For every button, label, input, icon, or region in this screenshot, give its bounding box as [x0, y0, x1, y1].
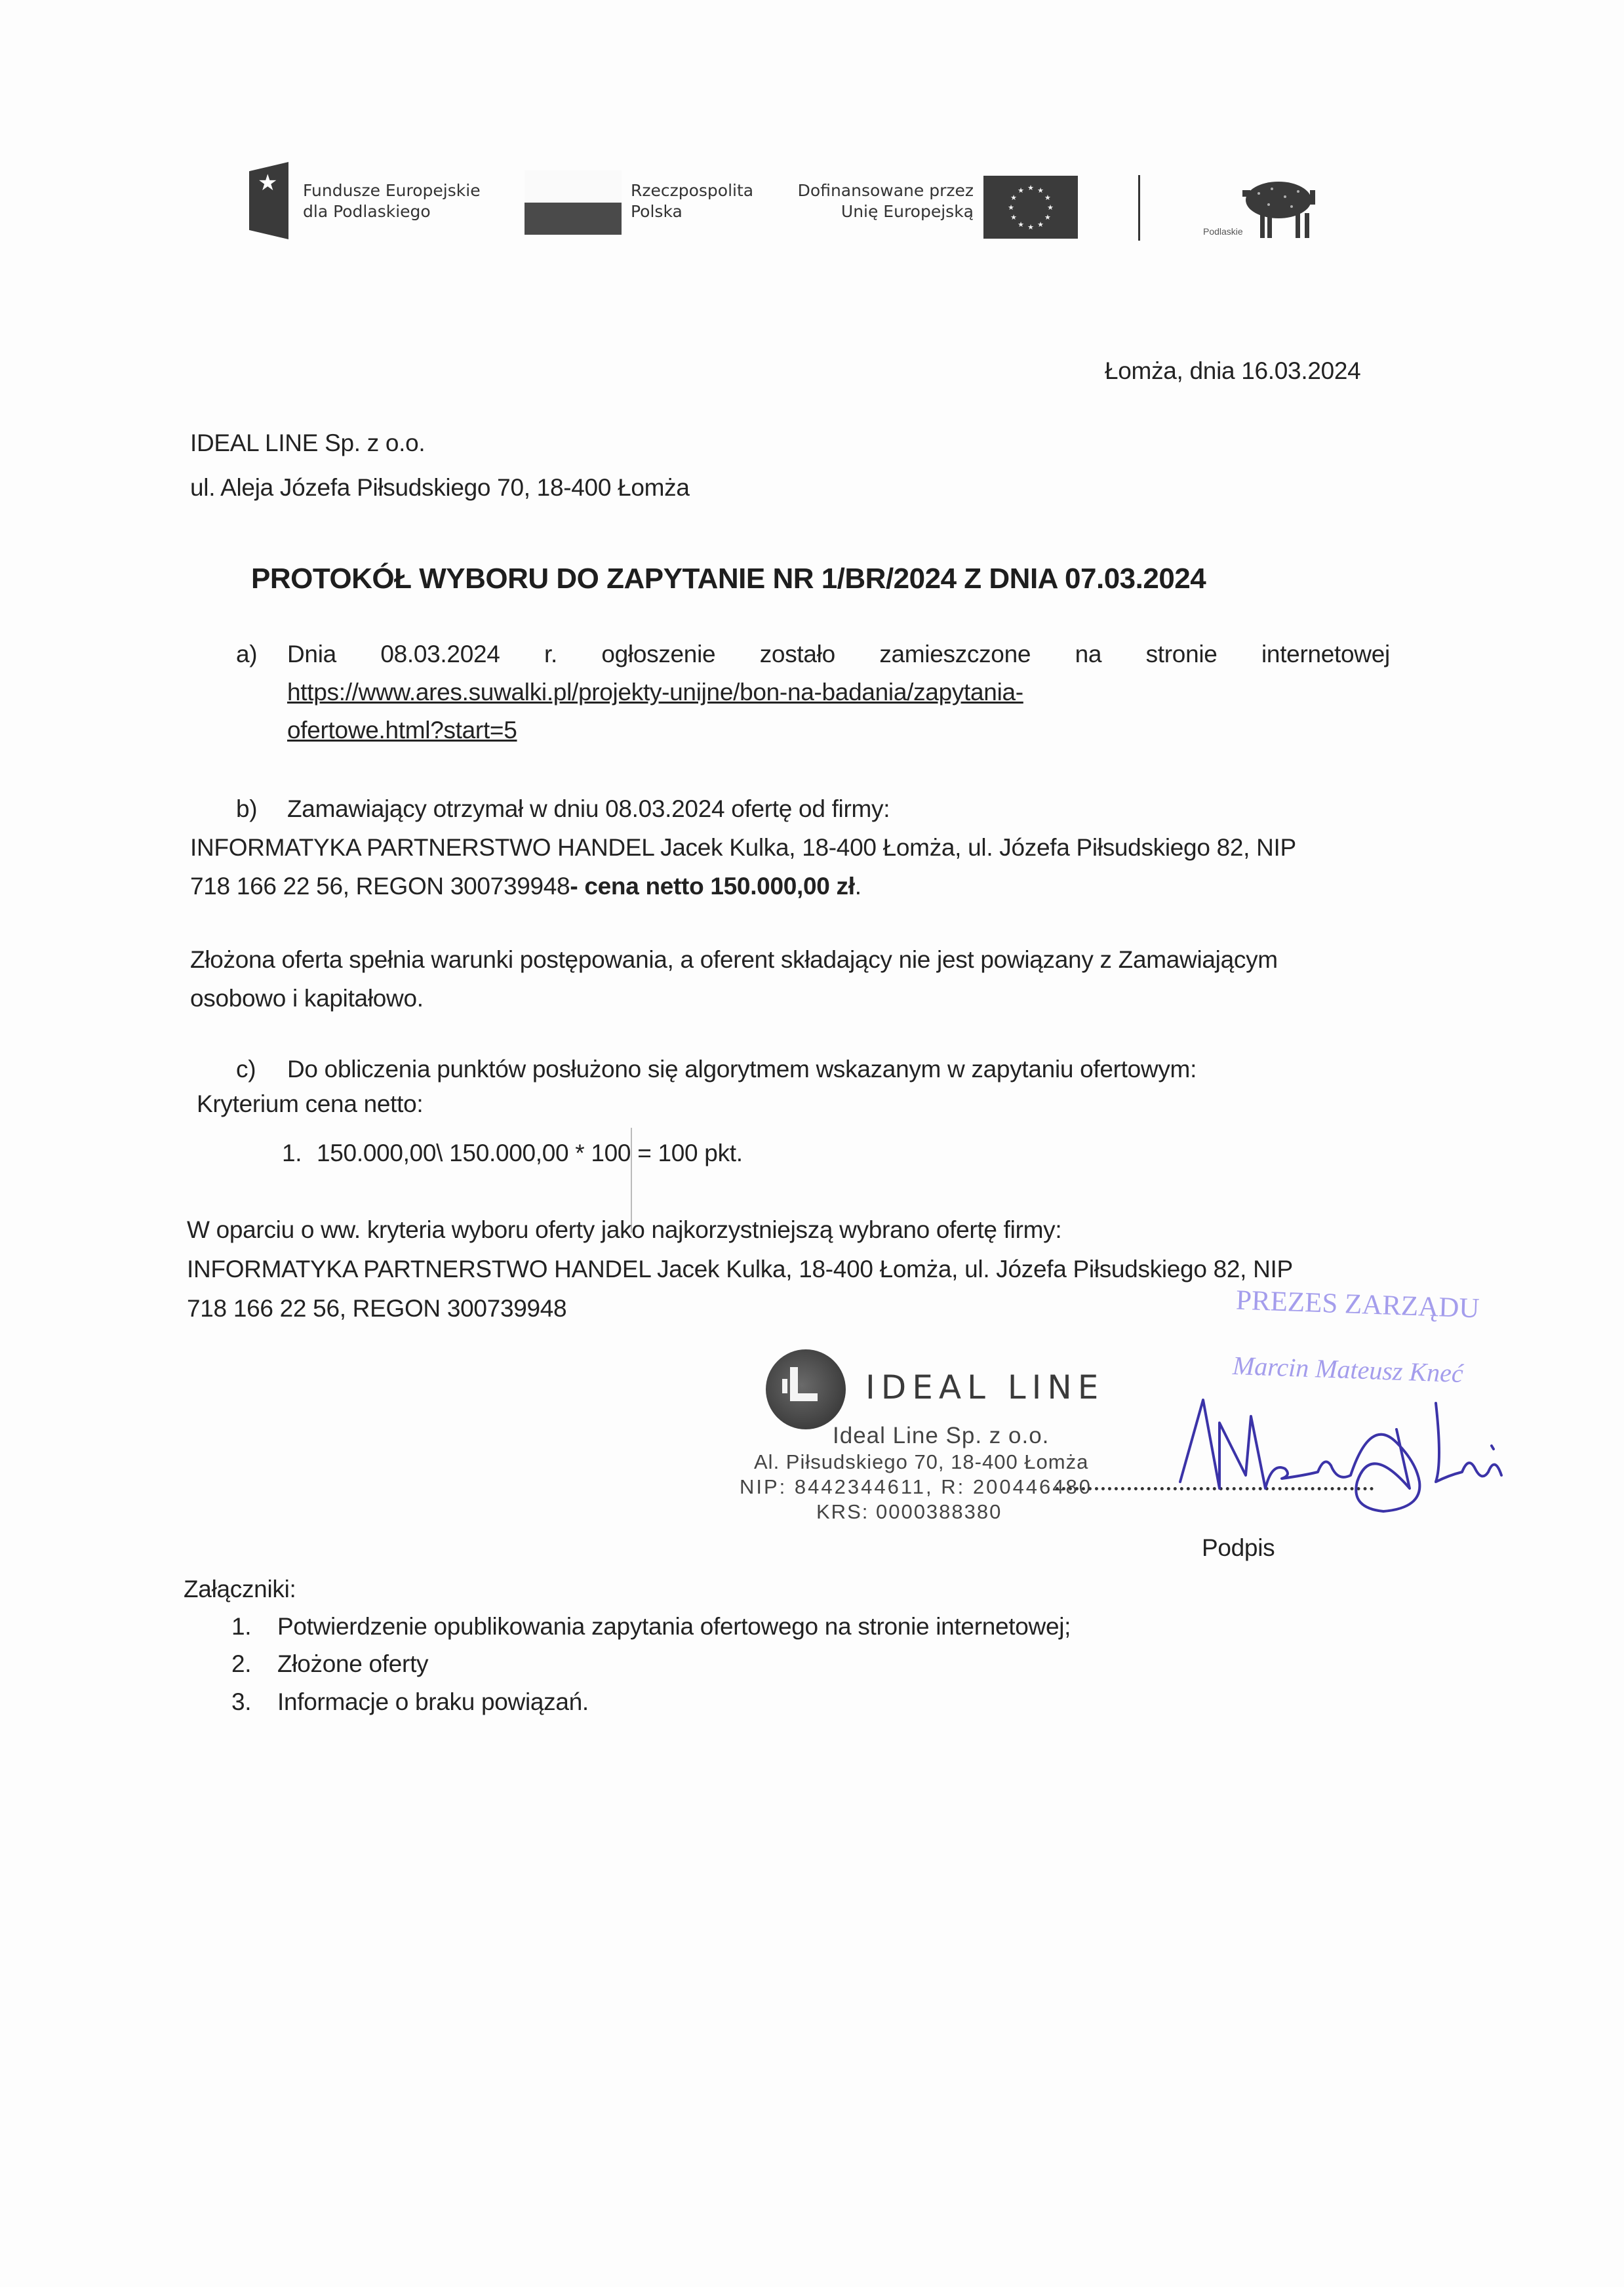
section-a-text: Dnia08.03.2024r.ogłoszeniezostałozamiesz… — [287, 641, 1390, 668]
star-icon: ★ — [258, 172, 277, 194]
section-a-word: r. — [544, 641, 557, 668]
offer-price: - cena netto 150.000,00 zł — [570, 873, 854, 900]
selection-line1: W oparciu o ww. kryteria wyboru oferty j… — [187, 1216, 1061, 1244]
attachment-item: Złożone oferty — [277, 1650, 428, 1678]
section-b-intro: Zamawiający otrzymał w dniu 08.03.2024 o… — [287, 795, 890, 823]
podlaskie-label: Podlaskie — [1203, 226, 1243, 237]
section-a-word: na — [1075, 641, 1102, 668]
offer-company-line2: 718 166 22 56, REGON 300739948- cena net… — [190, 873, 862, 900]
podlaskie-bison-icon — [1233, 177, 1328, 239]
eu-flag-icon: ★★★★★★★★★★★★ — [983, 176, 1078, 239]
attachment-item: Informacje o braku powiązań. — [277, 1688, 589, 1716]
section-c-intro: Do obliczenia punktów posłużono się algo… — [287, 1056, 1197, 1083]
section-a-marker: a) — [236, 641, 257, 668]
stamp-krs: KRS: 0000388380 — [816, 1500, 1002, 1524]
svg-text:★: ★ — [1027, 224, 1034, 231]
logo-divider — [1138, 175, 1140, 241]
fe-logo-line1: Fundusze Europejskie — [303, 180, 481, 201]
signature-label: Podpis — [1202, 1534, 1275, 1562]
section-a-word: Dnia — [287, 641, 336, 668]
svg-text:★: ★ — [1010, 194, 1017, 202]
stamp-company-name: Ideal Line Sp. z o.o. — [833, 1423, 1049, 1449]
svg-text:★: ★ — [1044, 194, 1051, 202]
calc-formula: 150.000,00\ 150.000,00 * 100 = 100 pkt. — [317, 1140, 743, 1167]
offer-price-end: . — [855, 873, 862, 900]
svg-text:★: ★ — [1018, 187, 1024, 195]
svg-text:★: ★ — [1037, 187, 1044, 195]
announcement-link-line2[interactable]: ofertowe.html?start=5 — [287, 717, 517, 744]
section-a-word: 08.03.2024 — [380, 641, 500, 668]
rp-logo-line2: Polska — [631, 201, 753, 222]
section-a-word: stronie — [1146, 641, 1218, 668]
ideal-line-l-icon — [783, 1367, 810, 1401]
polish-flag-icon — [525, 170, 622, 235]
selection-company-line1: INFORMATYKA PARTNERSTWO HANDEL Jacek Kul… — [187, 1256, 1293, 1283]
section-a-word: ogłoszenie — [601, 641, 715, 668]
selection-company-line2: 718 166 22 56, REGON 300739948 — [187, 1295, 566, 1322]
rp-logo-text: Rzeczpospolita Polska — [631, 180, 753, 222]
fe-logo-line2: dla Podlaskiego — [303, 201, 481, 222]
section-a-word: zamieszczone — [879, 641, 1031, 668]
svg-text:★: ★ — [1047, 204, 1054, 212]
attachment-item-number: 3. — [231, 1688, 251, 1716]
conditions-line2: osobowo i kapitałowo. — [190, 985, 424, 1012]
svg-text:★: ★ — [1018, 221, 1024, 229]
svg-text:★: ★ — [1037, 221, 1044, 229]
section-c-marker: c) — [236, 1056, 256, 1083]
attachment-item-number: 1. — [231, 1613, 251, 1641]
calc-number: 1. — [282, 1140, 302, 1167]
eu-logo-text: Dofinansowane przez Unię Europejską — [793, 180, 974, 222]
fe-logo-text: Fundusze Europejskie dla Podlaskiego — [303, 180, 481, 222]
criterion-label: Kryterium cena netto: — [197, 1090, 423, 1118]
handwritten-signature — [1160, 1383, 1554, 1547]
sender-address: ul. Aleja Józefa Piłsudskiego 70, 18-400… — [190, 474, 690, 502]
stamp-role: PREZES ZARZĄDU — [1235, 1284, 1480, 1325]
attachment-item: Potwierdzenie opublikowania zapytania of… — [277, 1613, 1071, 1641]
stamp-address: Al. Piłsudskiego 70, 18-400 Łomża — [754, 1450, 1088, 1474]
svg-text:★: ★ — [1044, 214, 1051, 222]
rp-logo-line1: Rzeczpospolita — [631, 180, 753, 201]
eu-logo-line1: Dofinansowane przez — [793, 180, 974, 201]
stamp-brand: IDEAL LINE — [865, 1368, 1104, 1406]
attachments-heading: Załączniki: — [184, 1576, 296, 1603]
sender-name: IDEAL LINE Sp. z o.o. — [190, 429, 425, 457]
page-title: PROTOKÓŁ WYBORU DO ZAPYTANIE NR 1/BR/202… — [251, 563, 1206, 595]
svg-text:★: ★ — [1010, 214, 1017, 222]
section-b-marker: b) — [236, 795, 257, 823]
svg-text:★: ★ — [1027, 184, 1034, 192]
stamp-ids: NIP: 8442344611, R: 200446480 — [740, 1475, 1092, 1499]
place-date: Łomża, dnia 16.03.2024 — [1105, 357, 1360, 385]
announcement-link-line1[interactable]: https://www.ares.suwalki.pl/projekty-uni… — [287, 679, 1023, 706]
eu-logo-line2: Unię Europejską — [793, 201, 974, 222]
attachment-item-number: 2. — [231, 1650, 251, 1678]
offer-company-ids: 718 166 22 56, REGON 300739948 — [190, 873, 570, 900]
section-a-word: zostało — [760, 641, 835, 668]
conditions-line1: Złożona oferta spełnia warunki postępowa… — [190, 946, 1278, 974]
svg-text:★: ★ — [1008, 204, 1014, 212]
offer-company-line1: INFORMATYKA PARTNERSTWO HANDEL Jacek Kul… — [190, 834, 1296, 862]
section-a-word: internetowej — [1261, 641, 1390, 668]
